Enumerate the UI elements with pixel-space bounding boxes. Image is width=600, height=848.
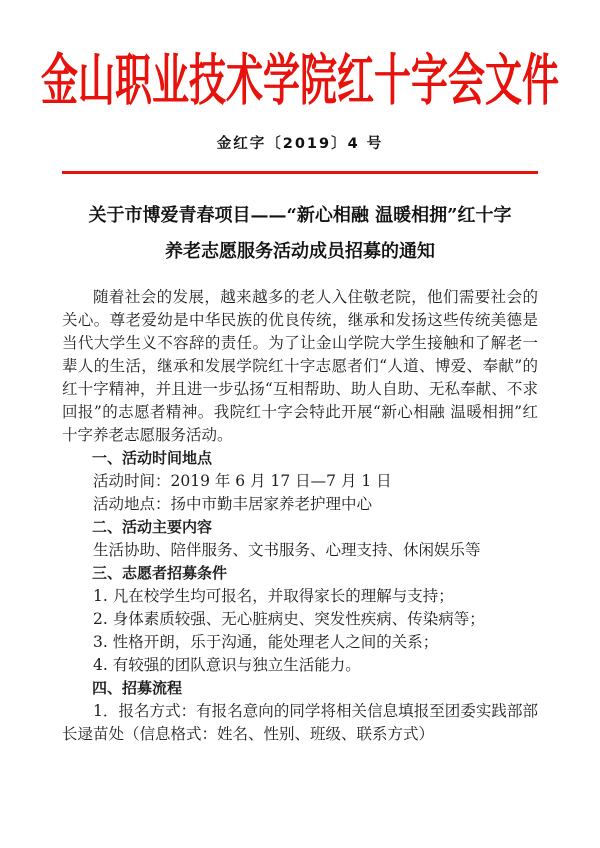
- document-number: 金红字〔2019〕4 号: [62, 132, 538, 153]
- org-title: 金山职业技术学院红十字会文件: [41, 52, 559, 108]
- section-heading-main-content: 二、活动主要内容: [62, 516, 538, 539]
- document-page: 金山职业技术学院红十字会文件 金红字〔2019〕4 号 关于市博爱青春项目——“…: [0, 0, 600, 848]
- section-recruit-process: 四、招募流程 1．报名方式：有报名意向的同学将相关信息填报至团委实践部部长逯苗处…: [62, 677, 538, 746]
- activity-place-line: 活动地点：扬中市勤丰居家养老护理中心: [62, 493, 538, 516]
- notice-title: 关于市博爱青春项目——“新心相融 温暖相拥”红十字 养老志愿服务活动成员招募的通…: [62, 198, 538, 270]
- notice-title-line1: 关于市博爱青春项目——“新心相融 温暖相拥”红十字: [62, 198, 538, 234]
- document-letterhead: 金山职业技术学院红十字会文件 金红字〔2019〕4 号: [62, 38, 538, 174]
- section-heading-requirements: 三、志愿者招募条件: [62, 562, 538, 585]
- red-divider-line: [62, 171, 538, 174]
- notice-title-line2: 养老志愿服务活动成员招募的通知: [62, 234, 538, 270]
- requirement-item-2: 2. 身体素质较强、无心脏病史、突发性疾病、传染病等；: [62, 608, 538, 631]
- main-content-line: 生活协助、陪伴服务、文书服务、心理支持、休闲娱乐等: [62, 539, 538, 562]
- activity-time-line: 活动时间：2019 年 6 月 17 日—7 月 1 日: [62, 470, 538, 493]
- requirement-item-1: 1. 凡在校学生均可报名，并取得家长的理解与支持；: [62, 585, 538, 608]
- section-time-place: 一、活动时间地点 活动时间：2019 年 6 月 17 日—7 月 1 日 活动…: [62, 447, 538, 516]
- section-heading-recruit-process: 四、招募流程: [62, 677, 538, 700]
- document-body: 随着社会的发展，越来越多的老人入住敬老院，他们需要社会的关心。尊老爱幼是中华民族…: [62, 286, 538, 746]
- section-requirements: 三、志愿者招募条件 1. 凡在校学生均可报名，并取得家长的理解与支持； 2. 身…: [62, 562, 538, 677]
- intro-paragraph: 随着社会的发展，越来越多的老人入住敬老院，他们需要社会的关心。尊老爱幼是中华民族…: [62, 286, 538, 447]
- section-heading-time-place: 一、活动时间地点: [62, 447, 538, 470]
- recruit-process-item-1: 1．报名方式：有报名意向的同学将相关信息填报至团委实践部部长逯苗处（信息格式：姓…: [62, 700, 538, 746]
- requirement-item-3: 3. 性格开朗，乐于沟通，能处理老人之间的关系；: [62, 631, 538, 654]
- org-title-wrap: 金山职业技术学院红十字会文件: [62, 38, 538, 122]
- requirement-item-4: 4. 有较强的团队意识与独立生活能力。: [62, 654, 538, 677]
- section-main-content: 二、活动主要内容 生活协助、陪伴服务、文书服务、心理支持、休闲娱乐等: [62, 516, 538, 562]
